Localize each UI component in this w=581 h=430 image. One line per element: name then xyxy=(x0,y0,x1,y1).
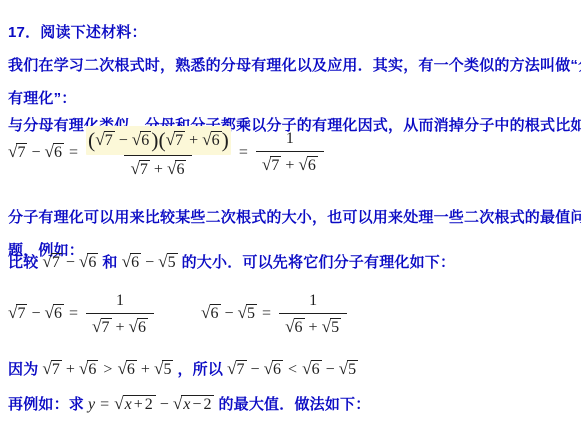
inline-formula-sqrt7-minus-sqrt6: √7−√6 xyxy=(42,254,98,271)
question-number-line: 17．阅读下述材料： xyxy=(8,21,147,42)
less-than-sign: < xyxy=(288,361,297,378)
compare-prefix: 比较 xyxy=(8,254,38,271)
right-paren: ) xyxy=(222,128,229,152)
radicand: 6 xyxy=(137,318,148,337)
plus-operator: + xyxy=(66,361,75,378)
radicand: 6 xyxy=(210,304,221,323)
radicand: 7 xyxy=(270,156,281,175)
radicand: 7 xyxy=(139,160,150,179)
fraction-denominator: √7+√6 xyxy=(124,155,192,180)
radicand: 7 xyxy=(51,253,62,272)
number-2: 2 xyxy=(203,396,211,413)
document-page: 17．阅读下述材料： 我们在学习二次根式时，熟悉的分母有理化以及应用．其实，有一… xyxy=(0,0,581,430)
sqrt-6: √6 xyxy=(201,303,220,323)
radicand: 6 xyxy=(211,131,222,150)
compare-suffix: 的大小．可以先将它们分子有理化如下： xyxy=(182,254,456,271)
variable-x: x xyxy=(183,396,190,413)
sqrt-6: √6 xyxy=(298,154,317,176)
minus-operator: − xyxy=(31,305,40,322)
sqrt-7: √7 xyxy=(95,129,114,151)
radicand: 6 xyxy=(53,143,64,162)
sqrt-7: √7 xyxy=(42,359,61,379)
sqrt-7: √7 xyxy=(8,142,27,162)
minus-operator: − xyxy=(225,305,234,322)
radicand: 5 xyxy=(246,304,257,323)
compare-line: 比较√7−√6和√6−√5的大小．可以先将它们分子有理化如下： xyxy=(8,251,455,272)
fraction-one-over-sqrt7-plus-sqrt6: 1√7+√6 xyxy=(86,291,154,338)
conclusion-line: 因为√7+√6>√6+√5，所以√7−√6<√6−√5 xyxy=(8,358,362,379)
intro-line-1: 我们在学习二次根式时，熟悉的分母有理化以及应用．其实，有一个类似的方法叫做“分子 xyxy=(8,54,581,75)
minus-operator: − xyxy=(119,132,128,149)
radicand: 6 xyxy=(307,156,318,175)
radicand: 5 xyxy=(167,253,178,272)
sqrt-7: √7 xyxy=(166,129,185,151)
radicand: 7 xyxy=(101,318,112,337)
plus-operator: + xyxy=(189,132,198,149)
sqrt-x-minus-2: √x−2 xyxy=(173,394,215,414)
sqrt-6: √6 xyxy=(202,129,221,151)
sqrt-7: √7 xyxy=(92,316,111,338)
equals-sign: = xyxy=(69,144,78,161)
sqrt-6: √6 xyxy=(117,359,136,379)
minus-operator: − xyxy=(31,144,40,161)
intro-line-2: 有理化”： xyxy=(8,87,77,108)
radicand: x+2 xyxy=(123,395,156,414)
usage-line-1: 分子有理化可以用来比较某些二次根式的大小，也可以用来处理一些二次根式的最值问 xyxy=(8,206,581,227)
radicand: 7 xyxy=(16,304,27,323)
sqrt-7: √7 xyxy=(130,158,149,180)
radicand: x−2 xyxy=(181,395,214,414)
fraction-product-form: (√7−√6)(√7+√6)√7+√6 xyxy=(86,126,231,180)
radicand: 7 xyxy=(104,131,115,150)
compare-and: 和 xyxy=(102,254,117,271)
because-label: 因为 xyxy=(8,361,38,378)
plus-operator: + xyxy=(116,319,125,336)
radicand: 6 xyxy=(87,253,98,272)
sqrt-x-plus-2: √x+2 xyxy=(114,394,156,414)
radicand: 6 xyxy=(311,360,322,379)
plus-operator: + xyxy=(285,157,294,174)
sqrt-7: √7 xyxy=(262,154,281,176)
sqrt-6: √6 xyxy=(264,359,283,379)
minus-operator: − xyxy=(66,254,75,271)
fraction-denominator: √6+√5 xyxy=(279,313,347,338)
equals-sign: = xyxy=(262,305,271,322)
radicand: 6 xyxy=(294,318,305,337)
radicand: 7 xyxy=(174,131,185,150)
sqrt-6: √6 xyxy=(167,158,186,180)
equals-sign: = xyxy=(69,305,78,322)
plus-operator: + xyxy=(154,161,163,178)
radicand: 6 xyxy=(272,360,283,379)
left-paren: ( xyxy=(158,128,165,152)
minus-operator: − xyxy=(251,361,260,378)
sqrt-5: √5 xyxy=(322,316,341,338)
radicand: 7 xyxy=(16,143,27,162)
second-example-line: 再例如：求y=√x+2−√x−2的最大值．做法如下： xyxy=(8,393,370,414)
left-paren: ( xyxy=(88,128,95,152)
equals-sign: = xyxy=(100,396,109,413)
sqrt-6: √6 xyxy=(129,316,148,338)
radicand: 6 xyxy=(87,360,98,379)
example2-prefix: 再例如：求 xyxy=(8,396,84,413)
sqrt-6: √6 xyxy=(45,303,64,323)
sqrt-7: √7 xyxy=(8,303,27,323)
fraction-numerator: 1 xyxy=(303,291,323,313)
variable-y: y xyxy=(88,396,95,413)
sqrt-6: √6 xyxy=(79,359,98,379)
fraction-result: 1√7+√6 xyxy=(256,129,324,176)
radicand: 6 xyxy=(126,360,137,379)
greater-than-sign: > xyxy=(103,361,112,378)
formula-rationalization-example: √7−√6=(√7−√6)(√7+√6)√7+√6=1√7+√6 xyxy=(8,126,327,180)
sqrt-6: √6 xyxy=(122,252,141,272)
fraction-numerator-highlighted: (√7−√6)(√7+√6) xyxy=(86,126,231,155)
equals-sign: = xyxy=(239,144,248,161)
fraction-numerator: 1 xyxy=(110,291,130,313)
minus-operator: − xyxy=(326,361,335,378)
inline-formula-y-definition: y=√x+2−√x−2 xyxy=(88,396,214,413)
fraction-denominator: √7+√6 xyxy=(256,151,324,176)
minus-operator: − xyxy=(160,396,169,413)
sqrt-6: √6 xyxy=(45,142,64,162)
sqrt-5: √5 xyxy=(339,359,358,379)
radicand: 5 xyxy=(162,360,173,379)
fraction-numerator: 1 xyxy=(280,129,300,151)
so-label: ，所以 xyxy=(177,361,223,378)
radicand: 6 xyxy=(175,160,186,179)
variable-x: x xyxy=(125,396,132,413)
radicand: 7 xyxy=(51,360,62,379)
radicand: 6 xyxy=(130,253,141,272)
radicand: 7 xyxy=(236,360,247,379)
radicand: 5 xyxy=(330,318,341,337)
sqrt-5: √5 xyxy=(238,303,257,323)
sqrt-6: √6 xyxy=(285,316,304,338)
minus-operator: − xyxy=(145,254,154,271)
minus-operator: − xyxy=(192,396,201,413)
example2-suffix: 的最大值．做法如下： xyxy=(218,396,370,413)
inline-inequality-sums: √7+√6>√6+√5 xyxy=(42,361,173,378)
sqrt-5: √5 xyxy=(154,359,173,379)
plus-operator: + xyxy=(309,319,318,336)
formula-pair-line: √7−√6=1√7+√6√6−√5=1√6+√5 xyxy=(8,291,350,338)
sqrt-5: √5 xyxy=(158,252,177,272)
sqrt-6: √6 xyxy=(79,252,98,272)
sqrt-6: √6 xyxy=(302,359,321,379)
radicand: 5 xyxy=(347,360,358,379)
sqrt-7: √7 xyxy=(42,252,61,272)
plus-operator: + xyxy=(134,396,143,413)
sqrt-7: √7 xyxy=(227,359,246,379)
sqrt-6: √6 xyxy=(132,129,151,151)
radicand: 6 xyxy=(53,304,64,323)
inline-formula-sqrt6-minus-sqrt5: √6−√5 xyxy=(122,254,178,271)
fraction-one-over-sqrt6-plus-sqrt5: 1√6+√5 xyxy=(279,291,347,338)
plus-operator: + xyxy=(141,361,150,378)
inline-inequality-differences: √7−√6<√6−√5 xyxy=(227,361,358,378)
fraction-denominator: √7+√6 xyxy=(86,313,154,338)
radicand: 6 xyxy=(140,131,151,150)
number-2: 2 xyxy=(145,396,153,413)
